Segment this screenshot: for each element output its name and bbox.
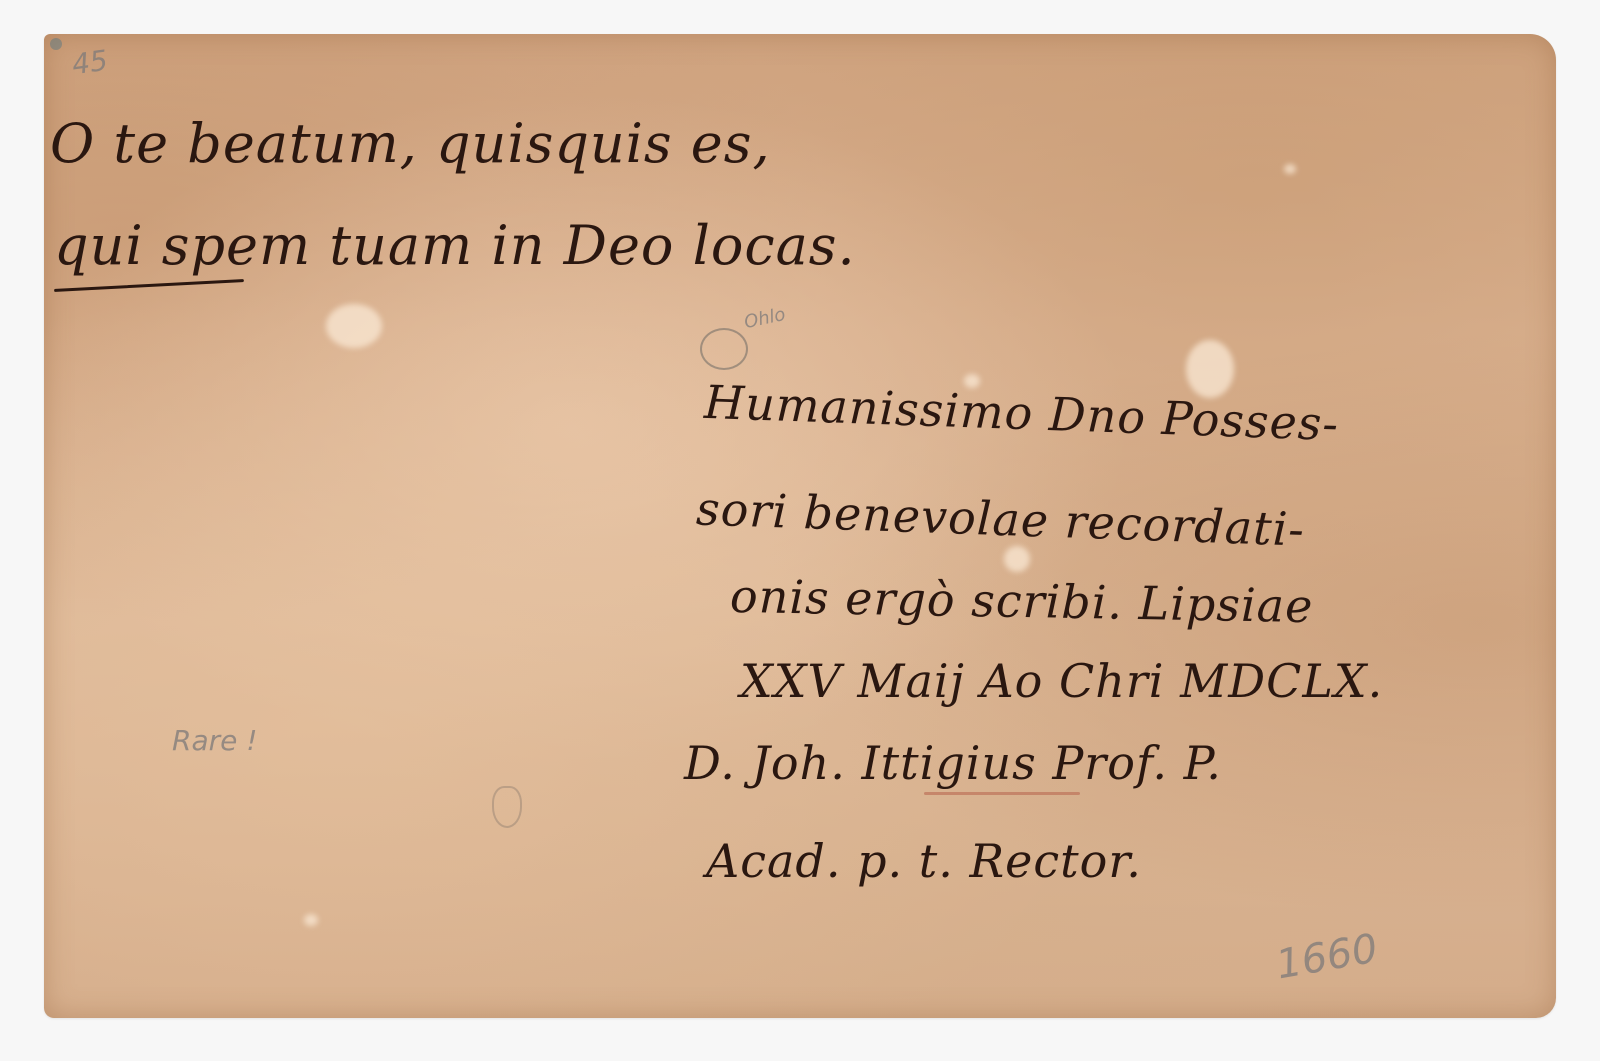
- paper-stain: [326, 304, 382, 348]
- dedication-line-5: D. Joh. Ittigius Prof. P.: [684, 736, 1222, 790]
- paper-stain: [1004, 546, 1030, 572]
- dedication-line-4: XXV Maij Ao Chri MDCLX.: [740, 654, 1383, 708]
- pencil-circle: [700, 328, 748, 370]
- faint-stamp: [492, 786, 522, 828]
- dedication-line-6: Acad. p. t. Rector.: [706, 834, 1142, 888]
- pencil-year: 1660: [1273, 926, 1381, 989]
- scanned-page: 45 O te beatum, quisquis es, qui spem tu…: [0, 0, 1600, 1061]
- paper-stain: [1284, 164, 1296, 174]
- corner-ink-spot: [50, 38, 62, 50]
- dedication-line-1: Humanissimo Dno Posses-: [703, 375, 1340, 451]
- dedication-line-3: onis ergò scribi. Lipsiae: [730, 569, 1314, 633]
- paper-stain: [1186, 340, 1234, 398]
- signature-red-underline: [924, 792, 1080, 795]
- motto-line-1: O te beatum, quisquis es,: [50, 112, 771, 175]
- pencil-note-circle: Ohlo: [742, 304, 787, 333]
- dedication-line-2: sori benevolae recordati-: [695, 481, 1306, 556]
- manuscript-leaf: 45 O te beatum, quisquis es, qui spem tu…: [44, 34, 1556, 1018]
- folio-number: 45: [70, 44, 110, 82]
- motto-line-2: qui spem tuam in Deo locas.: [54, 214, 856, 277]
- motto-flourish: [54, 279, 244, 292]
- pencil-note-rare: Rare !: [172, 724, 257, 757]
- paper-stain: [304, 914, 318, 926]
